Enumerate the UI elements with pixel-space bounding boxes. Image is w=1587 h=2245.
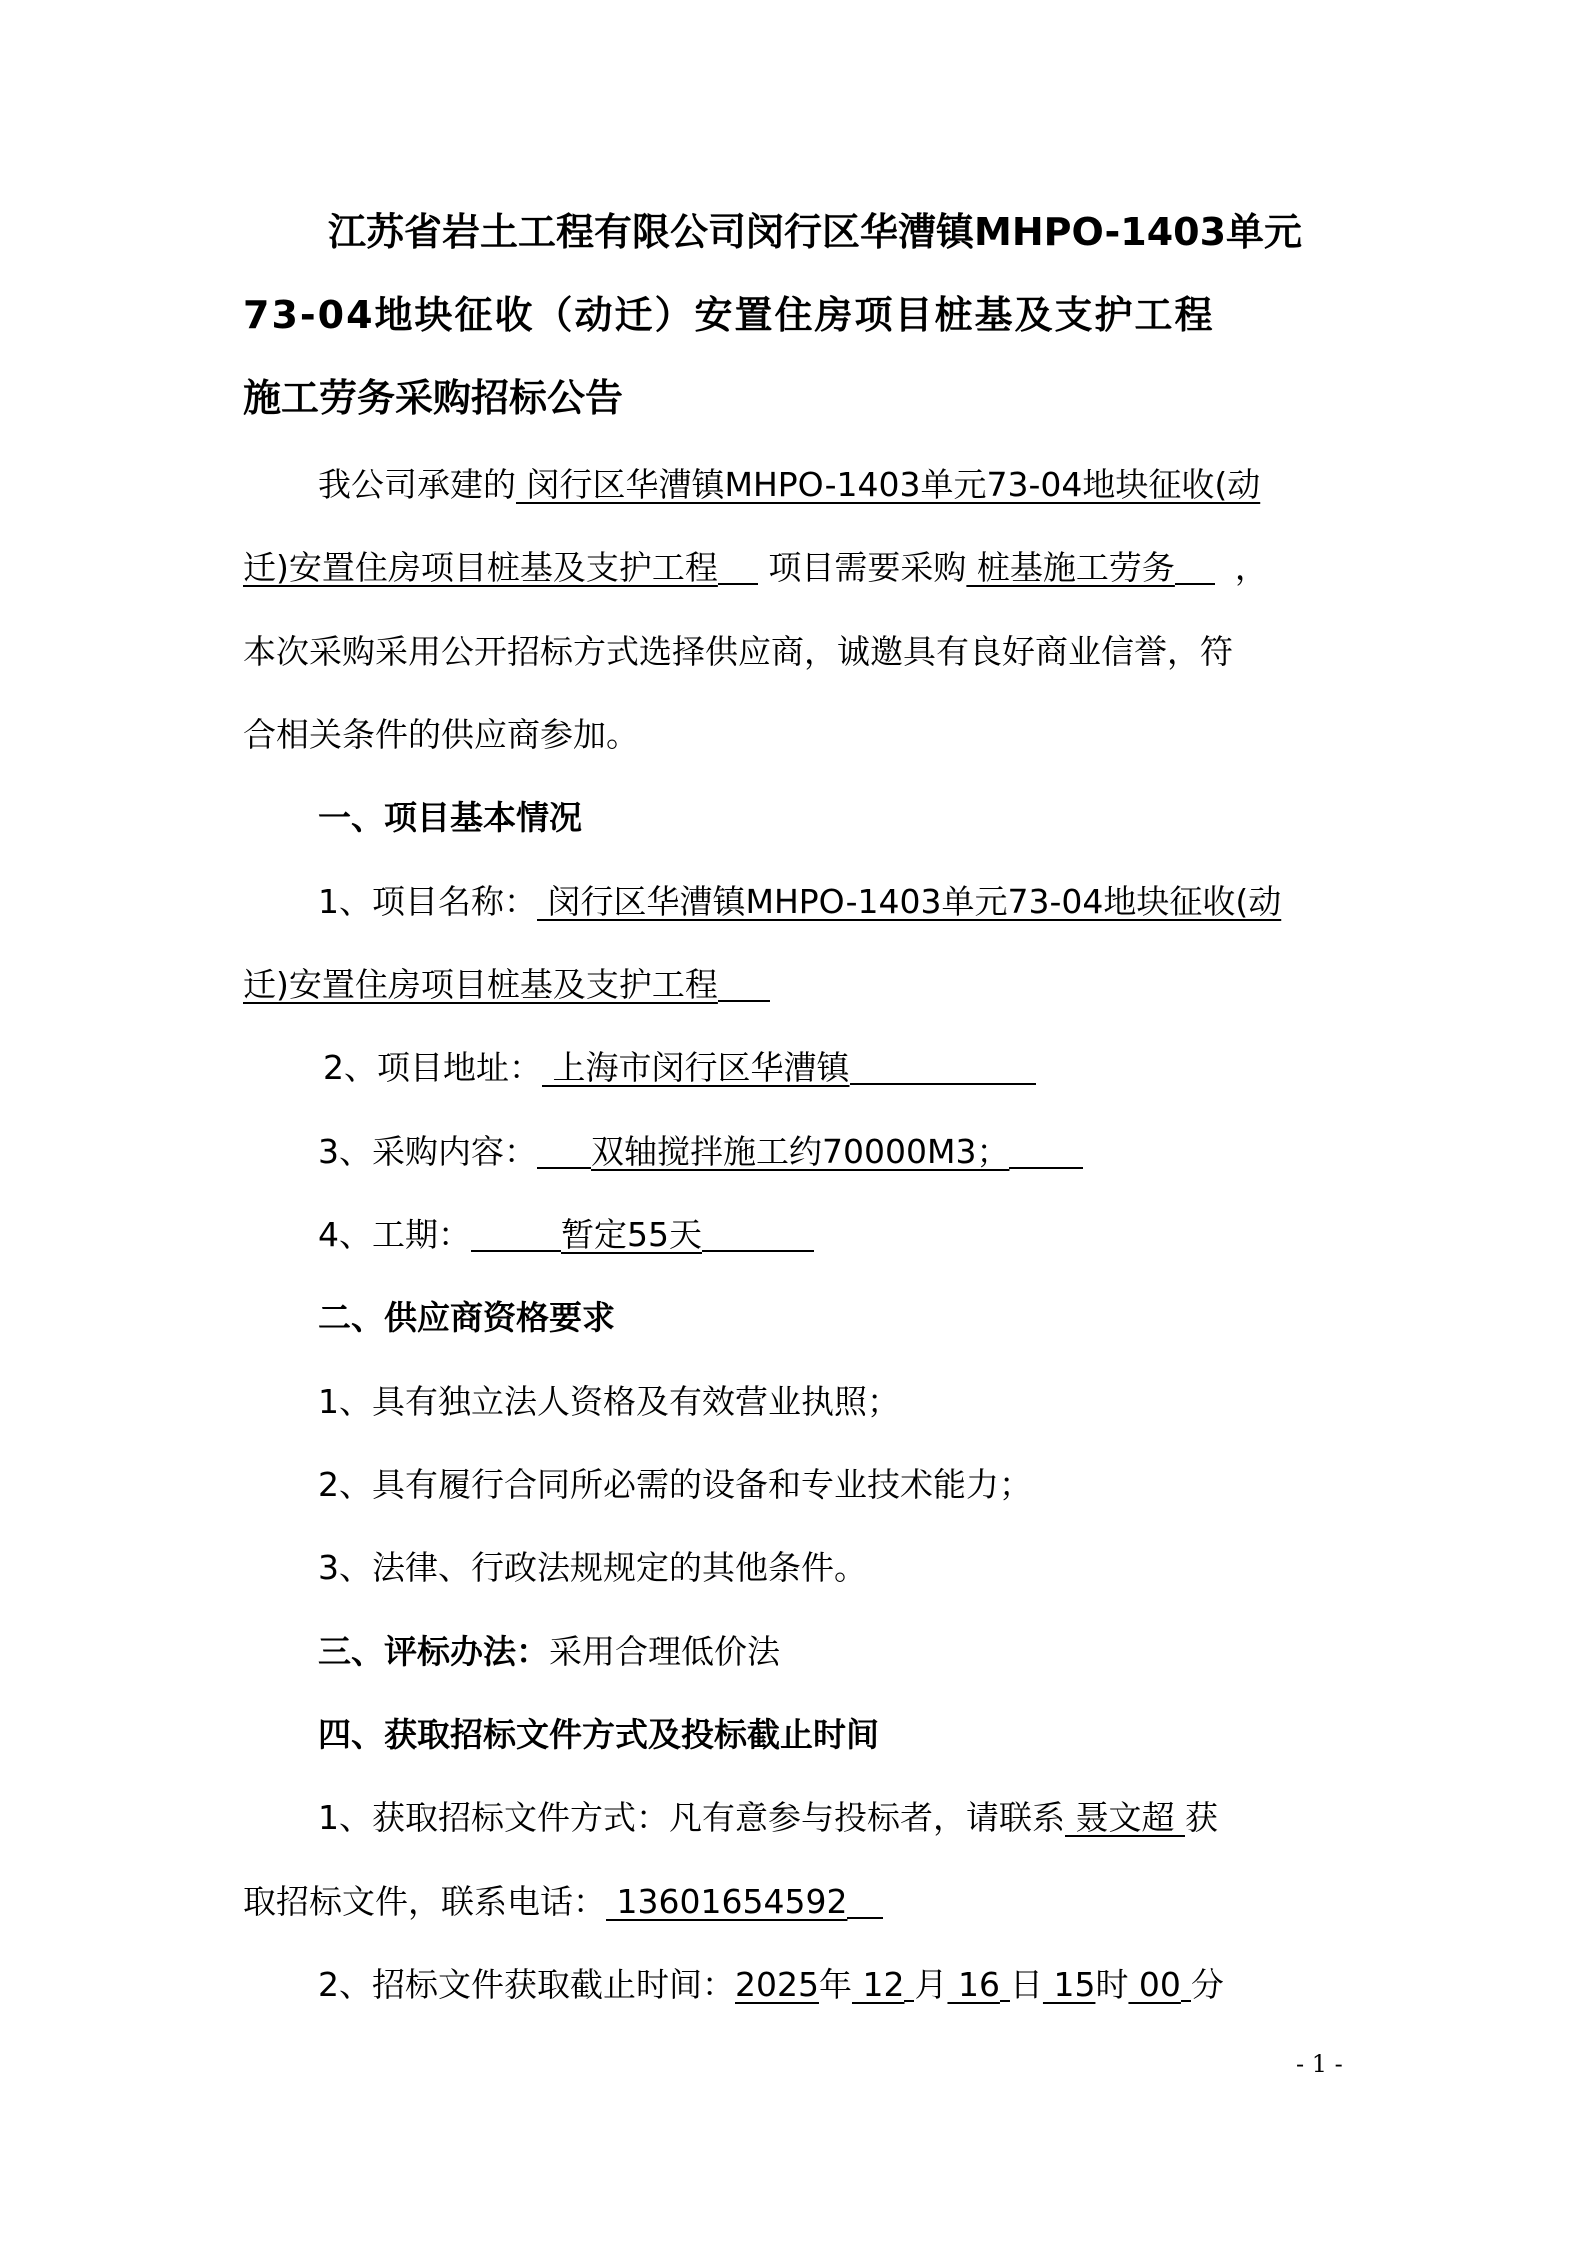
obtain-method-line-1: 1、获取招标文件方式：凡有意参与投标者，请联系 聂文超 获: [243, 1798, 1422, 1838]
underline-blank: [904, 1966, 914, 2002]
intro-comma: ，: [1235, 548, 1268, 587]
qualification-item-2: 2、具有履行合同所必需的设备和专业技术能力；: [243, 1465, 1422, 1505]
deadline-day: 16: [947, 1965, 999, 2004]
duration-value: 暂定55天: [561, 1215, 702, 1254]
project-address-label: 2、项目地址：: [323, 1048, 542, 1087]
deadline-hour: 15: [1043, 1965, 1095, 2004]
project-name-line-2: 迁)安置住房项目桩基及支护工程: [243, 965, 1347, 1005]
intro-text-3: 本次采购采用公开招标方式选择供应商，诚邀具有良好商业信誉，符: [243, 632, 1233, 671]
intro-project-name-1: 闵行区华漕镇MHPO-1403单元73-04地块征收(动: [516, 465, 1260, 504]
intro-line-2: 迁)安置住房项目桩基及支护工程 项目需要采购 桩基施工劳务，: [243, 548, 1347, 588]
intro-line-1: 我公司承建的 闵行区华漕镇MHPO-1403单元73-04地块征收(动: [243, 465, 1347, 505]
title-line-2: 73-04地块征收（动迁）安置住房项目桩基及支护工程: [243, 292, 1347, 338]
contact-phone: 13601654592: [606, 1882, 847, 1921]
qualification-text-2: 2、具有履行合同所必需的设备和专业技术能力；: [318, 1465, 1032, 1504]
obtain-method-text: 1、获取招标文件方式：凡有意参与投标者，请联系: [318, 1798, 1065, 1837]
section-4-heading: 四、获取招标文件方式及投标截止时间: [243, 1715, 1422, 1755]
minute-unit: 分: [1191, 1965, 1224, 2004]
year-unit: 年: [819, 1965, 852, 2004]
hour-unit: 时: [1095, 1965, 1128, 2004]
underline-blank: [471, 1216, 561, 1252]
intro-project-name-2: 迁)安置住房项目桩基及支护工程: [243, 548, 718, 587]
qualification-text-1: 1、具有独立法人资格及有效营业执照；: [318, 1382, 900, 1421]
underline-blank: [718, 549, 758, 585]
procurement-content-line: 3、采购内容：双轴搅拌施工约70000M3；: [243, 1132, 1422, 1172]
section-3-heading: 三、评标办法：: [318, 1632, 549, 1671]
underline-blank: [1181, 1966, 1191, 2002]
section-2-heading-text: 二、供应商资格要求: [318, 1298, 615, 1337]
intro-middle: 项目需要采购: [768, 548, 966, 587]
underline-blank: [702, 1216, 814, 1252]
underline-blank: [1000, 1966, 1010, 2002]
project-name-line-1: 1、项目名称： 闵行区华漕镇MHPO-1403单元73-04地块征收(动: [243, 882, 1347, 922]
title-text-3: 施工劳务采购招标公告: [243, 376, 623, 420]
project-name-value-1: 闵行区华漕镇MHPO-1403单元73-04地块征收(动: [537, 882, 1281, 921]
section-2-heading: 二、供应商资格要求: [243, 1298, 1422, 1338]
project-name-label: 1、项目名称：: [318, 882, 537, 921]
page-number: - 1 -: [1296, 2050, 1343, 2078]
obtain-method-suffix: 获: [1185, 1798, 1218, 1837]
deadline-label: 2、招标文件获取截止时间：: [318, 1965, 735, 2004]
project-address-value: 上海市闵行区华漕镇: [542, 1048, 850, 1087]
month-unit: 月: [914, 1965, 947, 2004]
title-text-2: 73-04地块征收（动迁）安置住房项目桩基及支护工程: [243, 293, 1215, 337]
day-unit: 日: [1010, 1965, 1043, 2004]
deadline-minute: 00: [1128, 1965, 1180, 2004]
obtain-method-line-2: 取招标文件，联系电话： 13601654592: [243, 1882, 1347, 1922]
section-1-heading: 一、项目基本情况: [243, 798, 1422, 838]
duration-line: 4、工期：暂定55天: [243, 1215, 1422, 1255]
section-4-heading-text: 四、获取招标文件方式及投标截止时间: [318, 1715, 879, 1754]
qualification-item-3: 3、法律、行政法规规定的其他条件。: [243, 1548, 1422, 1588]
underline-blank: [1009, 1133, 1083, 1169]
contact-phone-label: 取招标文件，联系电话：: [243, 1882, 606, 1921]
procurement-content-value: 双轴搅拌施工约70000M3；: [591, 1132, 1009, 1171]
underline-blank: [718, 966, 770, 1002]
intro-text-4: 合相关条件的供应商参加。: [243, 715, 639, 754]
project-address-line: 2、项目地址： 上海市闵行区华漕镇: [243, 1048, 1427, 1088]
deadline-line: 2、招标文件获取截止时间：2025年 12月 16日 15时 00分: [243, 1965, 1422, 2005]
intro-line-3: 本次采购采用公开招标方式选择供应商，诚邀具有良好商业信誉，符: [243, 632, 1347, 672]
intro-line-4: 合相关条件的供应商参加。: [243, 715, 1347, 755]
underline-blank: [1175, 549, 1215, 585]
section-1-heading-text: 一、项目基本情况: [318, 798, 582, 837]
title-line-3: 施工劳务采购招标公告: [243, 375, 1347, 421]
procurement-content-label: 3、采购内容：: [318, 1132, 537, 1171]
intro-prefix: 我公司承建的: [318, 465, 516, 504]
underline-blank: [847, 1883, 883, 1919]
qualification-text-3: 3、法律、行政法规规定的其他条件。: [318, 1548, 867, 1587]
qualification-item-1: 1、具有独立法人资格及有效营业执照；: [243, 1382, 1422, 1422]
deadline-year: 2025: [735, 1965, 819, 2004]
title-line-1: 江苏省岩土工程有限公司闵行区华漕镇MHPO-1403单元: [243, 209, 1347, 255]
deadline-month: 12: [852, 1965, 904, 2004]
title-text-1: 江苏省岩土工程有限公司闵行区华漕镇MHPO-1403单元: [328, 210, 1302, 254]
duration-label: 4、工期：: [318, 1215, 471, 1254]
underline-blank: [537, 1133, 591, 1169]
section-3-line: 三、评标办法：采用合理低价法: [243, 1632, 1422, 1672]
project-name-value-2: 迁)安置住房项目桩基及支护工程: [243, 965, 718, 1004]
underline-blank: [850, 1049, 1036, 1085]
contact-name: 聂文超: [1065, 1798, 1185, 1837]
evaluation-method: 采用合理低价法: [549, 1632, 780, 1671]
intro-procurement-item: 桩基施工劳务: [966, 548, 1175, 587]
